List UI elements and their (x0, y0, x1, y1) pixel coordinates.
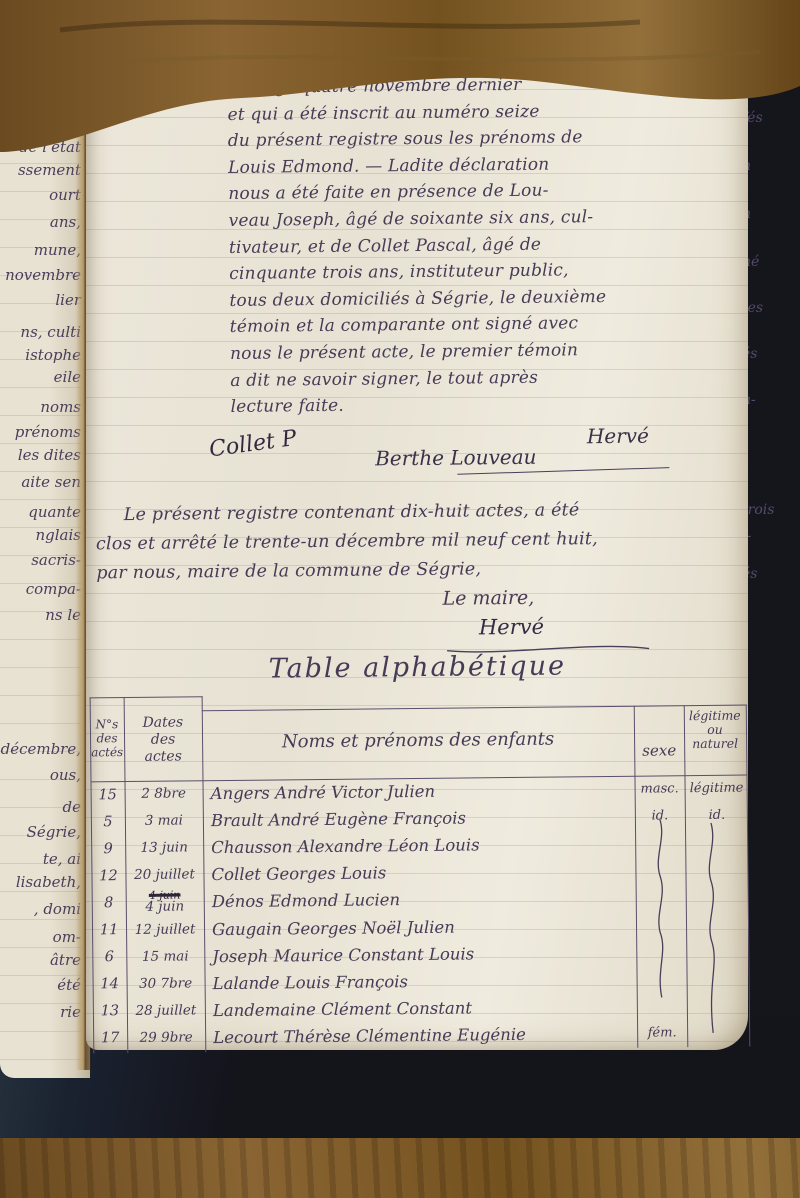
header-legitime: légitimeounaturel (684, 709, 746, 752)
left-page-text-fragment: aite sen (21, 473, 81, 491)
registry-page: 79 le vingt-quatre novembre dernieret qu… (86, 34, 748, 1050)
table-border (90, 696, 203, 698)
row-act-date: 28 juillet (127, 1004, 205, 1018)
row-act-number: 11 (92, 922, 126, 938)
left-page-text-fragment: noms (40, 398, 81, 416)
row-child-name: Chausson Alexandre Léon Louis (203, 834, 635, 858)
act-text-line: lecture faite. (230, 392, 746, 424)
row-child-name: Dénos Edmond Lucien (204, 888, 636, 912)
header-numero-actes: N°sdesactés (90, 717, 124, 759)
left-page-text-fragment: décembre, (1, 740, 81, 758)
le-maire-label: Le maire, (442, 587, 534, 610)
header-noms-prenoms: Noms et prénoms des enfants (202, 728, 634, 754)
left-page-text-fragment: , domi (34, 900, 81, 918)
table-border (202, 705, 747, 712)
row-act-date: 29 9bre (127, 1031, 205, 1045)
left-page-text-fragment: novembre (5, 266, 81, 284)
row-child-name: Lalande Louis François (205, 969, 637, 993)
row-act-number: 15 (91, 787, 125, 803)
row-act-date: 15 mai (126, 950, 204, 964)
row-act-number: 9 (91, 841, 125, 857)
row-child-name: Joseph Maurice Constant Louis (204, 942, 636, 966)
row-act-number: 5 (91, 814, 125, 830)
left-page-text-fragment: ssement (18, 161, 81, 179)
row-act-number: 17 (93, 1030, 127, 1046)
left-page-text-fragment: lisabeth, (16, 873, 81, 891)
closing-line-2: clos et arrêté le trente-un décembre mil… (96, 529, 598, 554)
signature-collet: Collet P (208, 426, 298, 462)
row-act-date: 20 juillet (125, 869, 203, 883)
left-page-text-fragment: nglais (36, 526, 82, 544)
row-act-number: 13 (93, 1003, 127, 1019)
row-child-name: Brault André Eugène François (203, 807, 635, 831)
row-act-number: 12 (91, 868, 125, 884)
table-title: Table alphabétique (195, 650, 639, 686)
left-page-text-fragment: Ségrie, (27, 823, 81, 841)
alphabetical-table: N°sdesactés Datesdesactes Noms et prénom… (90, 691, 752, 1054)
row-act-date: 3 mai (125, 814, 203, 828)
wooden-table-top (0, 0, 800, 156)
row-act-date: 30 7bre (127, 977, 205, 991)
row-child-name: Angers André Victor Julien (203, 780, 635, 804)
row-act-date: 13 juin (125, 841, 203, 855)
ditto-squiggle-marks (635, 819, 751, 1046)
signature-herve: Hervé (587, 424, 649, 449)
row-act-date: 12 juillet (126, 923, 204, 937)
closing-line-1: Le présent registre contenant dix-huit a… (96, 500, 580, 525)
row-child-name: Gaugain Georges Noël Julien (204, 915, 636, 939)
signature-herve-mayor: Hervé (479, 615, 544, 640)
left-page-text-fragment: quante (28, 503, 81, 521)
row-act-date: 2 8bre (125, 787, 203, 801)
row-act-number: 14 (93, 976, 127, 992)
row-act-number: 8 (92, 895, 126, 911)
row-child-name: Collet Georges Louis (203, 861, 635, 885)
row-child-name: Lecourt Thérèse Clémentine Eugénie (205, 1024, 637, 1048)
row-act-number: 6 (92, 949, 126, 965)
left-page-text-fragment: ns, culti (20, 323, 81, 341)
row-sex: masc. (635, 781, 685, 797)
left-page-text-fragment: prénoms (15, 423, 81, 441)
row-act-date: 4 juin 4 juin (126, 891, 204, 915)
left-page-text-fragment: mune, (34, 241, 81, 259)
row-legitimacy: légitime (685, 781, 749, 797)
left-page-text-fragment: compa- (26, 580, 81, 598)
left-page-text-fragment: les dites (18, 446, 81, 464)
header-sexe: sexe (634, 741, 684, 760)
header-dates-actes: Datesdesactes (124, 714, 203, 766)
closing-line-3: par nous, maire de la commune de Ségrie, (96, 559, 481, 583)
left-page-text-fragment: istophe (25, 346, 81, 364)
row-child-name: Landemaine Clément Constant (205, 997, 637, 1021)
left-page-text-fragment: sacris- (31, 551, 81, 569)
